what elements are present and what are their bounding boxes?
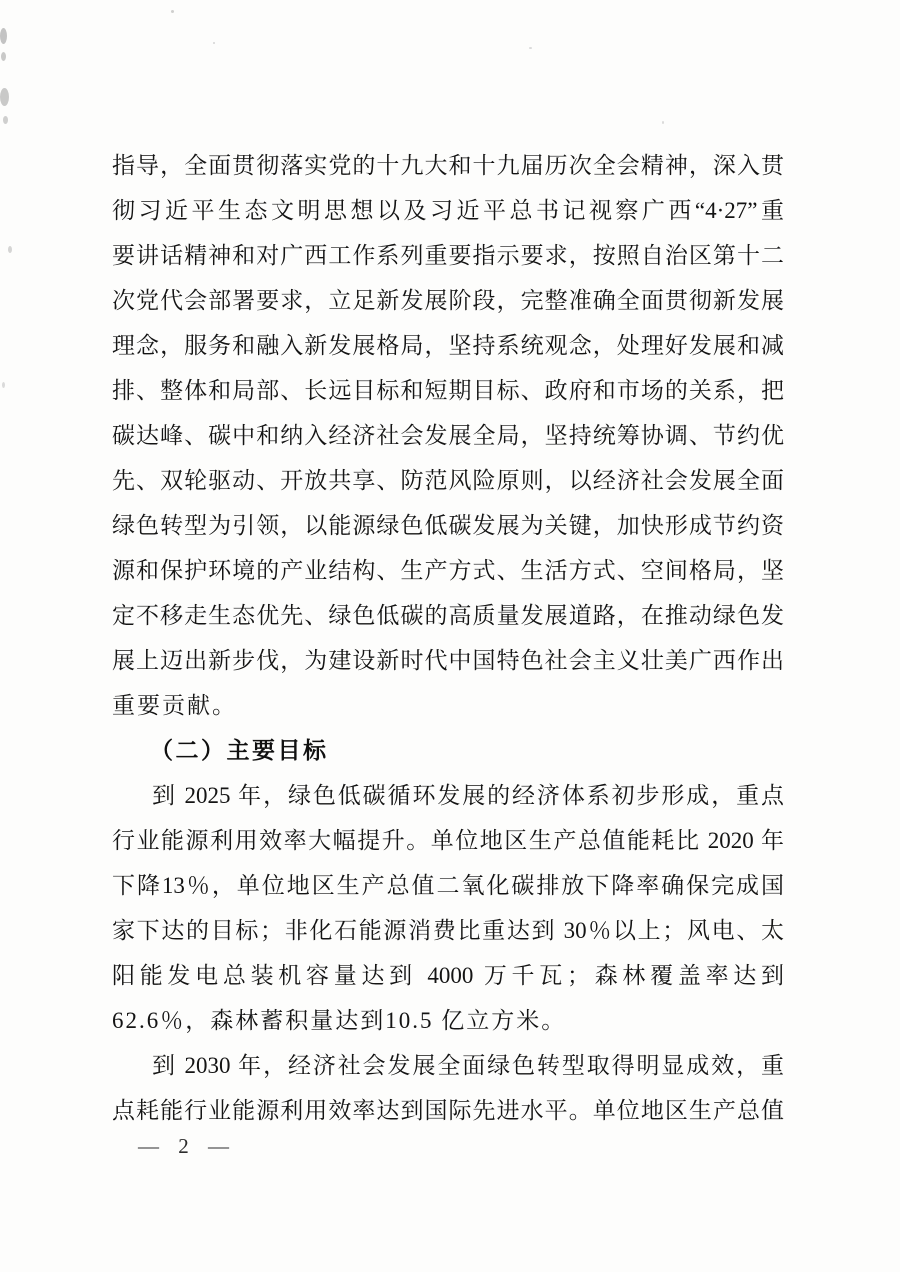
text-line: 家下达的目标；非化石能源消费比重达到 30％以上；风电、太 xyxy=(112,908,784,953)
text-line: 先、双轮驱动、开放共享、防范风险原则，以经济社会发展全面 xyxy=(112,458,784,503)
scanned-document-page: 指导，全面贯彻落实党的十九大和十九届历次全会精神，深入贯彻习近平生态文明思想以及… xyxy=(0,0,900,1272)
text-line: 重要贡献。 xyxy=(112,683,784,728)
text-line: 到 2030 年，经济社会发展全面绿色转型取得明显成效，重 xyxy=(112,1043,784,1088)
text-line: 定不移走生态优先、绿色低碳的高质量发展道路，在推动绿色发 xyxy=(112,593,784,638)
text-line: 排、整体和局部、长远目标和短期目标、政府和市场的关系，把 xyxy=(112,368,784,413)
page-number: — 2 — xyxy=(138,1131,230,1161)
text-line: 彻习近平生态文明思想以及习近平总书记视察广西“4·27”重 xyxy=(112,188,784,233)
text-line: 62.6％，森林蓄积量达到10.5 亿立方米。 xyxy=(112,998,784,1043)
document-body: 指导，全面贯彻落实党的十九大和十九届历次全会精神，深入贯彻习近平生态文明思想以及… xyxy=(112,143,784,1133)
section-heading: （二）主要目标 xyxy=(112,728,784,773)
text-line: 次党代会部署要求，立足新发展阶段，完整准确全面贯彻新发展 xyxy=(112,278,784,323)
text-line: 阳能发电总装机容量达到 4000 万千瓦；森林覆盖率达到 xyxy=(112,953,784,998)
text-line: 到 2025 年，绿色低碳循环发展的经济体系初步形成，重点 xyxy=(112,773,784,818)
ink-speck xyxy=(529,47,532,49)
text-line: 下降13％，单位地区生产总值二氧化碳排放下降率确保完成国 xyxy=(112,863,784,908)
ink-speck xyxy=(8,246,12,253)
ink-speck xyxy=(3,116,8,124)
ink-speck xyxy=(0,28,7,44)
text-line: 要讲话精神和对广西工作系列重要指示要求，按照自治区第十二 xyxy=(112,233,784,278)
ink-speck xyxy=(171,10,174,13)
ink-speck xyxy=(2,382,5,388)
text-line: 绿色转型为引领，以能源绿色低碳发展为关键，加快形成节约资 xyxy=(112,503,784,548)
ink-speck xyxy=(1,52,6,61)
ink-speck xyxy=(0,88,9,106)
text-line: 源和保护环境的产业结构、生产方式、生活方式、空间格局，坚 xyxy=(112,548,784,593)
text-line: 碳达峰、碳中和纳入经济社会发展全局，坚持统筹协调、节约优 xyxy=(112,413,784,458)
text-line: 指导，全面贯彻落实党的十九大和十九届历次全会精神，深入贯 xyxy=(112,143,784,188)
ink-speck xyxy=(662,121,664,124)
ink-speck xyxy=(213,42,215,44)
text-line: 理念，服务和融入新发展格局，坚持系统观念，处理好发展和减 xyxy=(112,323,784,368)
text-line: 行业能源利用效率大幅提升。单位地区生产总值能耗比 2020 年 xyxy=(112,818,784,863)
text-line: 展上迈出新步伐，为建设新时代中国特色社会主义壮美广西作出 xyxy=(112,638,784,683)
text-line: 点耗能行业能源利用效率达到国际先进水平。单位地区生产总值 xyxy=(112,1088,784,1133)
